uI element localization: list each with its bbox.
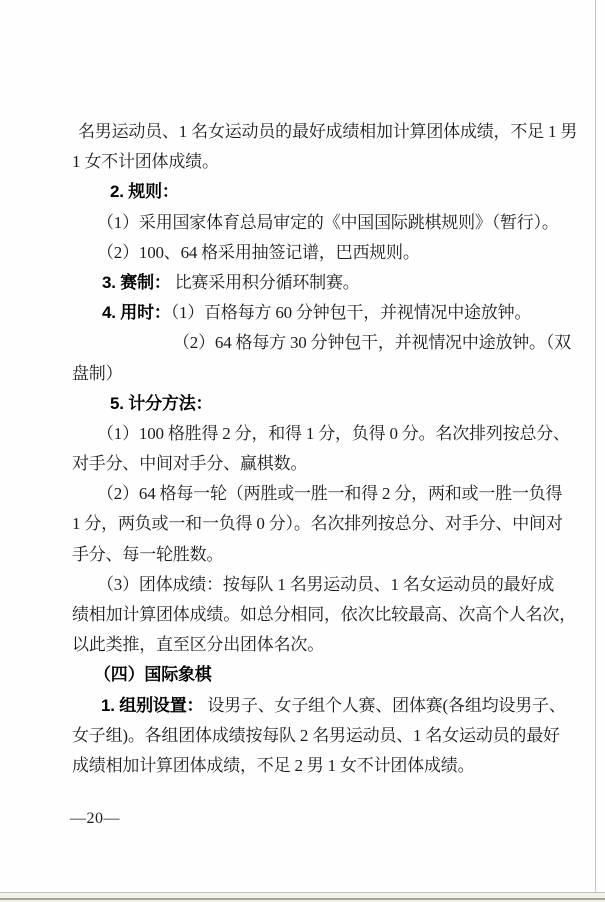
body-text: 绩相加计算团体成绩。如总分相同，依次比较最高、次高个人名次， (72, 605, 576, 624)
heading-text: （四）国际象棋 (94, 665, 212, 684)
scan-bottom-edge (0, 892, 605, 902)
text-line: （1）100 格胜得 2 分，和得 1 分，负得 0 分。名次排列按总分、 (72, 419, 572, 449)
text-line: （2）64 格每一轮（两胜或一胜一和得 2 分，两和或一胜一负得 (72, 479, 572, 509)
body-text: 盘制） (72, 364, 122, 383)
body-text: 以此类推，直至区分出团体名次。 (72, 635, 324, 654)
heading-text: 2. 规则： (110, 182, 179, 201)
body-text: （1）百格每方 60 分钟包干，并视情况中途放钟。 (171, 303, 532, 322)
heading-text: 1. 组别设置： (101, 696, 203, 715)
text-line: 手分、每一轮胜数。 (72, 540, 572, 570)
body-text: （1）采用国家体育总局审定的《中国国际跳棋规则》（暂行）。 (97, 213, 559, 232)
body-text: 成绩相加计算团体成绩，不足 2 男 1 女不计团体成绩。 (72, 756, 474, 775)
scan-right-edge-line (595, 0, 596, 902)
body-text: （2）100、64 格采用抽签记谱，巴西规则。 (97, 243, 420, 262)
text-line: 成绩相加计算团体成绩，不足 2 男 1 女不计团体成绩。 (72, 751, 572, 781)
text-line: （2）64 格每方 30 分钟包干，并视情况中途放钟。（双 (72, 328, 572, 358)
body-text: （2）64 格每方 30 分钟包干，并视情况中途放钟。（双 (173, 333, 571, 352)
text-line: （四）国际象棋 (72, 660, 572, 690)
body-text: 手分、每一轮胜数。 (72, 545, 223, 564)
text-line: 1 分，两负或一和一负得 0 分）。名次排列按总分、对手分、中间对 (72, 509, 572, 539)
document-body: 名男运动员、1 名女运动员的最好成绩相加计算团体成绩，不足 1 男1 女不计团体… (72, 117, 572, 781)
text-line: 对手分、中间对手分、赢棋数。 (72, 449, 572, 479)
text-line: 以此类推，直至区分出团体名次。 (72, 630, 572, 660)
page-number: —20— (70, 810, 120, 828)
body-text: （3）团体成绩：按每队 1 名男运动员、1 名女运动员的最好成 (97, 575, 554, 594)
text-line: （3）团体成绩：按每队 1 名男运动员、1 名女运动员的最好成 (72, 570, 572, 600)
text-line: 1 女不计团体成绩。 (72, 147, 572, 177)
body-text: （2）64 格每一轮（两胜或一胜一和得 2 分，两和或一胜一负得 (97, 484, 562, 503)
body-text: 1 分，两负或一和一负得 0 分）。名次排列按总分、对手分、中间对 (72, 514, 563, 533)
document-page: 名男运动员、1 名女运动员的最好成绩相加计算团体成绩，不足 1 男1 女不计团体… (0, 0, 605, 902)
text-line: 盘制） (72, 359, 572, 389)
text-line: 绩相加计算团体成绩。如总分相同，依次比较最高、次高个人名次， (72, 600, 572, 630)
body-text: 设男子、女子组个人赛、团体赛(各组均设男子、 (203, 696, 565, 715)
heading-text: 5. 计分方法： (110, 394, 212, 413)
body-text: 对手分、中间对手分、赢棋数。 (72, 454, 307, 473)
text-line: 5. 计分方法： (72, 389, 572, 419)
text-line: 名男运动员、1 名女运动员的最好成绩相加计算团体成绩，不足 1 男 (72, 117, 572, 147)
body-text: 名男运动员、1 名女运动员的最好成绩相加计算团体成绩，不足 1 男 (78, 122, 577, 141)
body-text: 1 女不计团体成绩。 (72, 152, 219, 171)
body-text: 女子组)。各组团体成绩按每队 2 名男运动员、1 名女运动员的最好 (72, 726, 560, 745)
body-text: （1）100 格胜得 2 分，和得 1 分，负得 0 分。名次排列按总分、 (97, 424, 570, 443)
heading-text: 3. 赛制： (102, 273, 171, 292)
text-line: 3. 赛制： 比赛采用积分循环制赛。 (72, 268, 572, 298)
heading-text: 4. 用时： (102, 303, 171, 322)
text-line: 4. 用时：（1）百格每方 60 分钟包干，并视情况中途放钟。 (72, 298, 572, 328)
text-line: （1）采用国家体育总局审定的《中国国际跳棋规则》（暂行）。 (72, 208, 572, 238)
text-line: （2）100、64 格采用抽签记谱，巴西规则。 (72, 238, 572, 268)
text-line: 女子组)。各组团体成绩按每队 2 名男运动员、1 名女运动员的最好 (72, 721, 572, 751)
text-line: 2. 规则： (72, 177, 572, 207)
text-line: 1. 组别设置： 设男子、女子组个人赛、团体赛(各组均设男子、 (72, 691, 572, 721)
body-text: 比赛采用积分循环制赛。 (171, 273, 360, 292)
